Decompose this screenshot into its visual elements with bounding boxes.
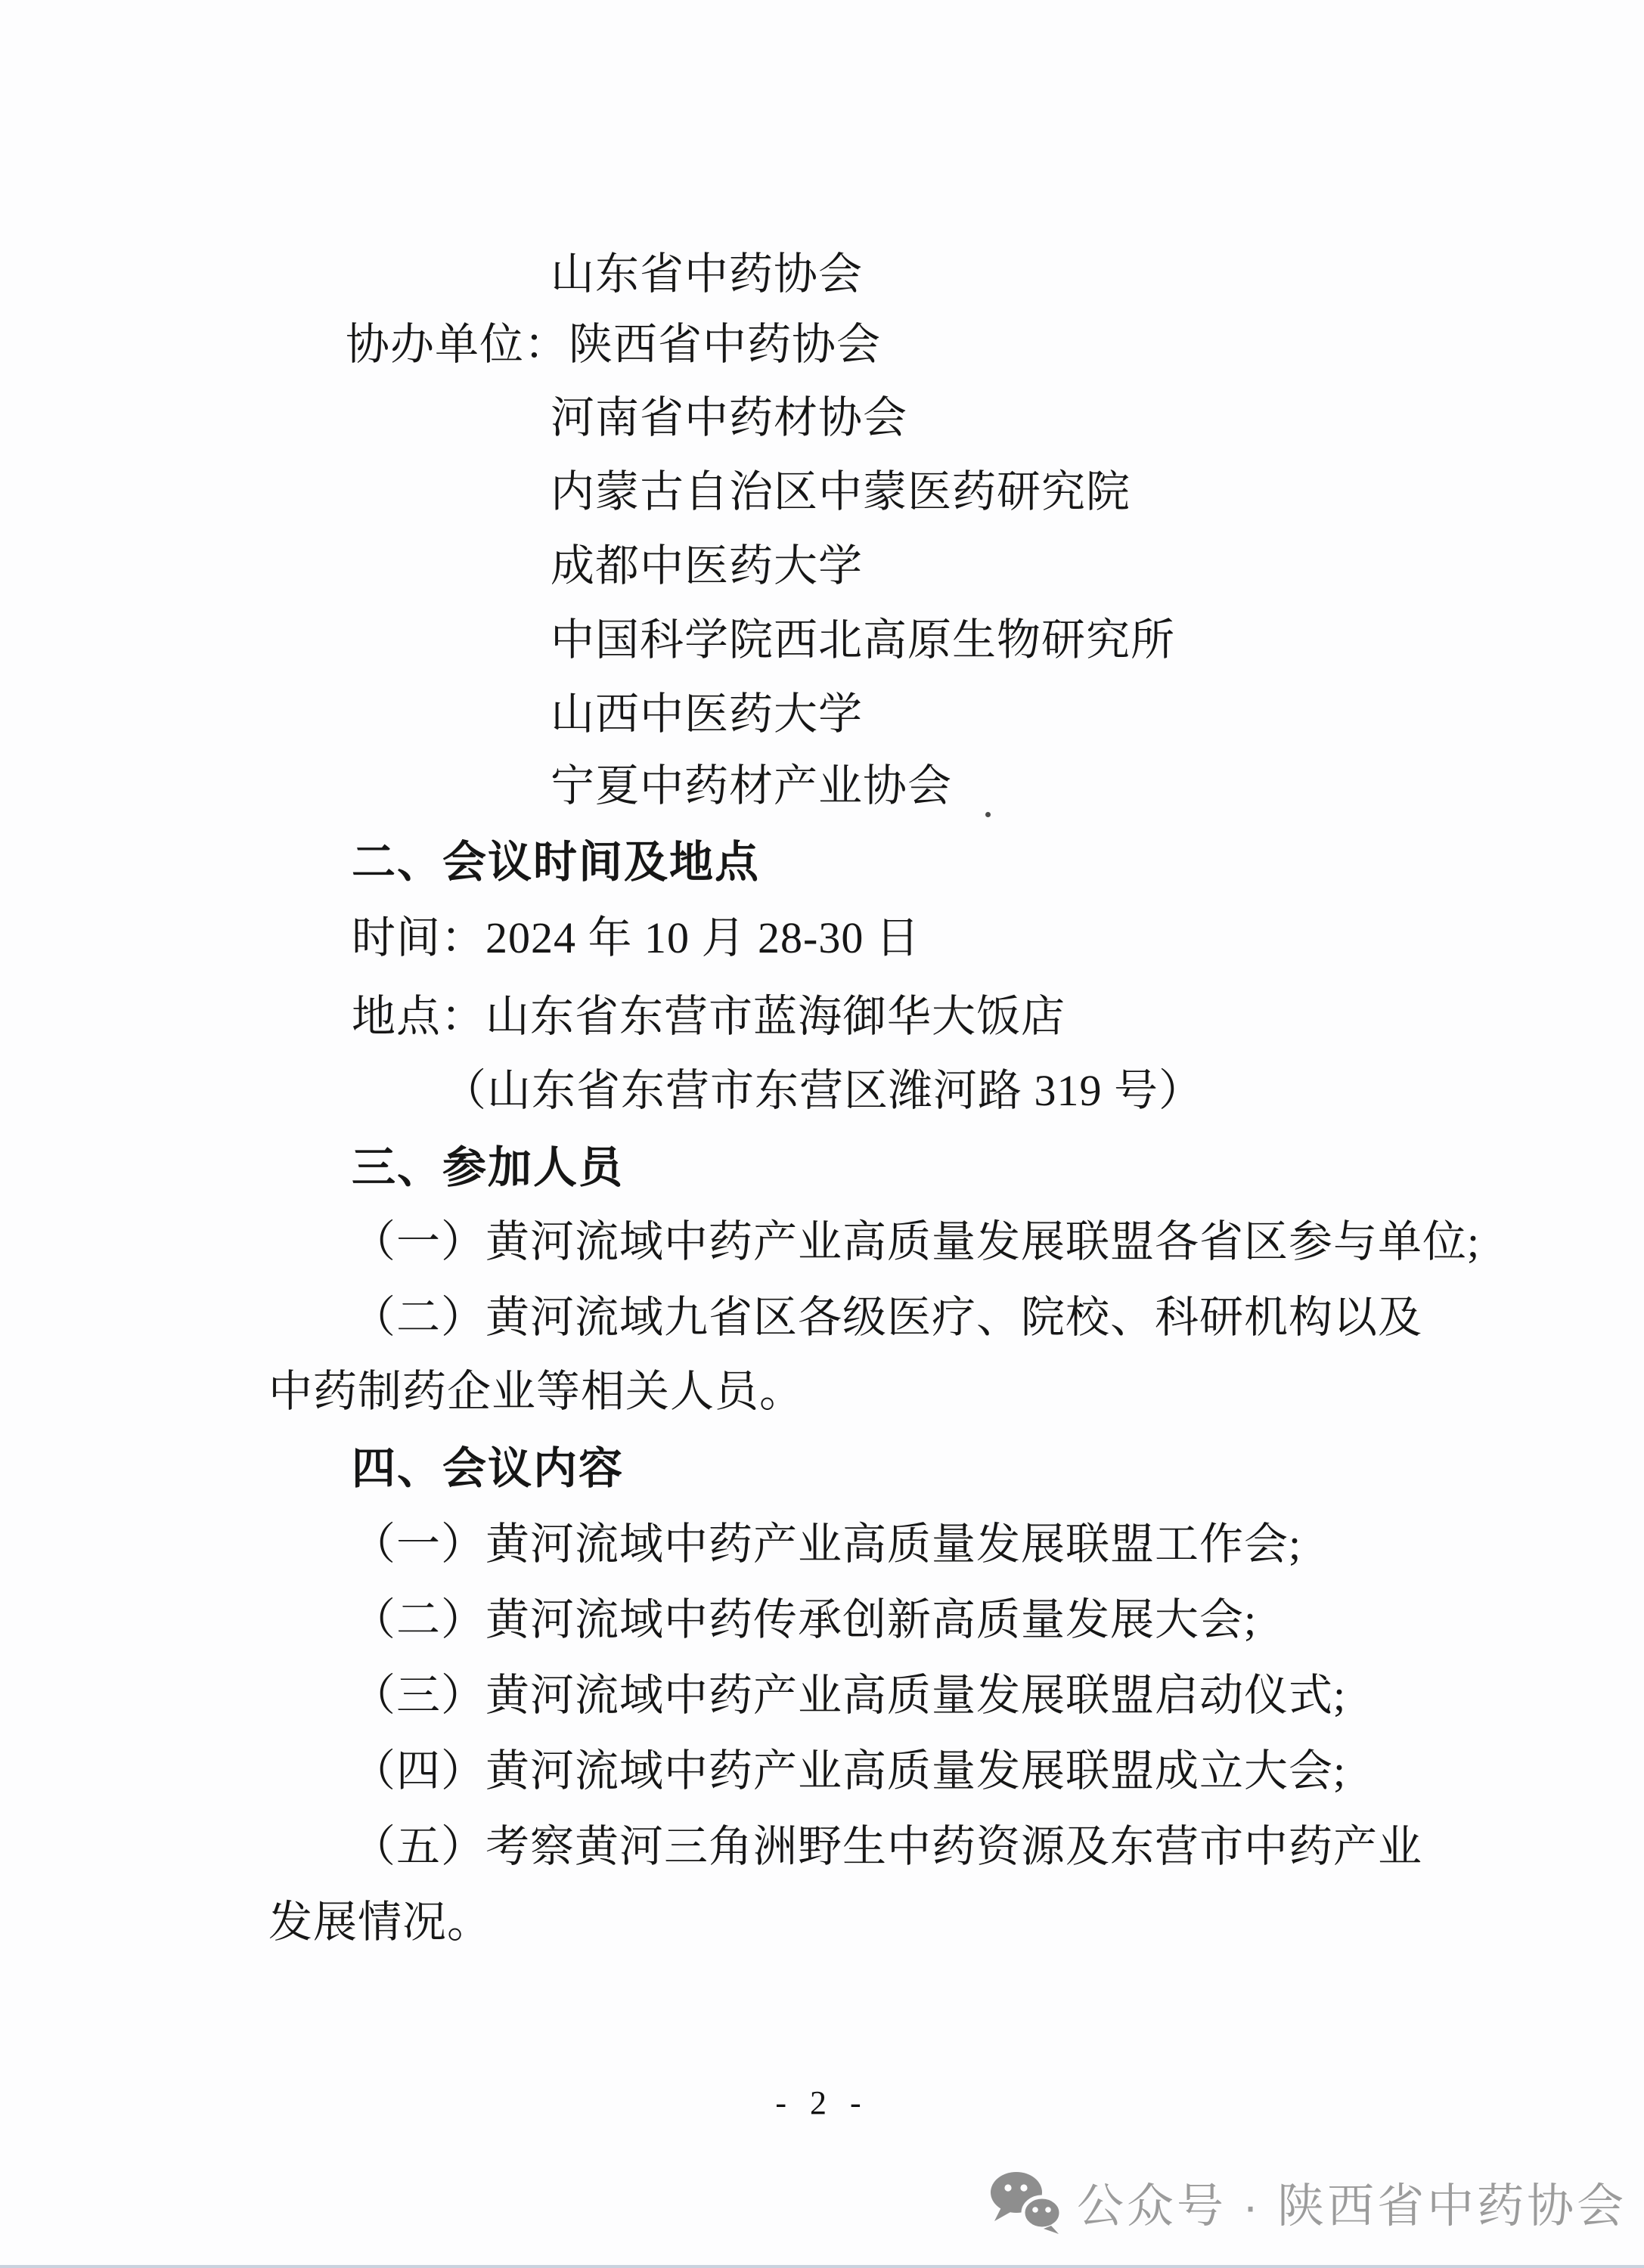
co-organizer-item: 中国科学院西北高原生物研究所 bbox=[551, 615, 1175, 666]
co-organizer-label-line: 协办单位：陕西省中药协会 bbox=[346, 320, 881, 370]
participants-item-1: （一）黄河流域中药产业高质量发展联盟各省区参与单位; bbox=[352, 1217, 1480, 1268]
participants-item-2: （二）黄河流域九省区各级医疗、院校、科研机构以及 bbox=[352, 1293, 1422, 1343]
section-heading-2: 二、会议时间及地点 bbox=[352, 838, 760, 888]
agenda-item-1: （一）黄河流域中药产业高质量发展联盟工作会; bbox=[352, 1520, 1301, 1570]
participants-item-2-cont: 中药制药企业等相关人员。 bbox=[268, 1367, 804, 1417]
agenda-item-4: （四）黄河流域中药产业高质量发展联盟成立大会; bbox=[352, 1746, 1346, 1797]
co-organizer-item: 山东省中药协会 bbox=[551, 249, 863, 300]
meeting-address-line: （山东省东营市东营区潍河路 319 号） bbox=[442, 1066, 1203, 1117]
wechat-icon bbox=[989, 2170, 1062, 2235]
co-organizer-item: 河南省中药材协会 bbox=[551, 393, 907, 444]
watermark-label: 公众号 · 陕西省中药协会 bbox=[1077, 2168, 1627, 2235]
section-heading-3: 三、参加人员 bbox=[352, 1143, 624, 1194]
agenda-item-5: （五）考察黄河三角洲野生中药资源及东营市中药产业 bbox=[352, 1822, 1422, 1873]
co-organizer-item: 山西中医药大学 bbox=[551, 689, 863, 740]
co-organizer-item: 成都中医药大学 bbox=[551, 541, 863, 592]
page-number: - 2 - bbox=[0, 2084, 1644, 2122]
wechat-account-watermark: 公众号 · 陕西省中药协会 bbox=[989, 2168, 1627, 2235]
section-heading-4: 四、会议内容 bbox=[352, 1444, 624, 1495]
agenda-item-5-cont: 发展情况。 bbox=[268, 1898, 492, 1948]
scan-ink-dot-artifact bbox=[985, 812, 991, 817]
co-organizer-item: 内蒙古自治区中蒙医药研究院 bbox=[551, 467, 1131, 518]
agenda-item-3: （三）黄河流域中药产业高质量发展联盟启动仪式; bbox=[352, 1671, 1346, 1721]
page-bottom-edge bbox=[0, 2265, 1644, 2268]
document-page: 山东省中药协会 协办单位：陕西省中药协会 河南省中药材协会 内蒙古自治区中蒙医药… bbox=[0, 0, 1644, 2268]
agenda-item-2: （二）黄河流域中药传承创新高质量发展大会; bbox=[352, 1595, 1257, 1646]
meeting-place-line: 地点：山东省东营市蓝海御华大饭店 bbox=[352, 992, 1065, 1043]
co-organizer-item: 宁夏中药材产业协会 bbox=[551, 761, 952, 812]
meeting-time-line: 时间：2024 年 10 月 28-30 日 bbox=[352, 913, 920, 964]
